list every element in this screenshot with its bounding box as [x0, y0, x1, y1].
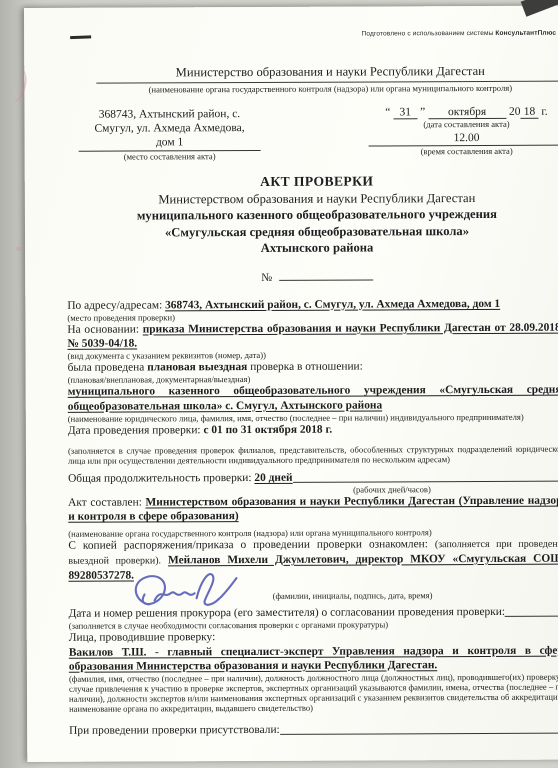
- act-place-block: 368743, Ахтынский район, с. Смугул, ул. …: [78, 107, 260, 162]
- copy-prefix: С копией распоряжения/приказа о проведен…: [68, 538, 428, 552]
- act-date-caption: (дата составления акта): [368, 119, 558, 130]
- composed-paragraph: Акт составлен: Министерством образования…: [68, 494, 558, 525]
- consultantplus-watermark: Подготовлено с использованием системы Ко…: [66, 30, 556, 39]
- prosecutor-blank: [505, 616, 558, 617]
- act-place-line1: 368743, Ахтынский район, с.: [78, 107, 260, 122]
- conducted-prefix: была проведена: [68, 362, 145, 374]
- watermark-prefix: Подготовлено с использованием системы: [362, 30, 496, 38]
- address-paragraph: По адресу/адресам: 368743, Ахтынский рай…: [67, 296, 558, 312]
- director-signature: [124, 566, 250, 611]
- duration-blank: [293, 481, 558, 483]
- inspectors-caption: (фамилия, имя, отчество (последнее – при…: [69, 672, 558, 714]
- act-place-line2: Смугул, ул. Ахмеда Ахмедова,: [78, 121, 260, 136]
- document-page: Подготовлено с использованием системы Ко…: [24, 6, 558, 762]
- check-date-value: с 01 по 31 октября 2018 г.: [203, 423, 332, 436]
- signature-caption: (фамилии, инициалы, подпись, дата, время…: [273, 590, 433, 601]
- basis-value: приказа Министерства образования и науки…: [67, 321, 558, 349]
- inspectors-label: Лица, проводившие проверку:: [69, 632, 216, 645]
- scan-artifact-dot: [16, 247, 22, 251]
- entity-caption: (наименование юридического лица, фамилия…: [68, 411, 558, 423]
- duration-label: Общая продолжительность проверки:: [68, 471, 252, 486]
- present-line: При проведении проверки присутствовали:: [69, 722, 558, 738]
- present-label: При проведении проверки присутствовали:: [69, 723, 280, 738]
- present-blank: [280, 733, 558, 735]
- act-date-line: “ 31 ” октября 2018 г.: [368, 106, 558, 120]
- date-year-suffix: г.: [541, 106, 547, 118]
- authority-caption: (наименование органа государственного ко…: [96, 83, 558, 95]
- act-time-caption: (время составления акта): [369, 146, 558, 157]
- basis-paragraph: На основании: приказа Министерства образ…: [67, 320, 558, 351]
- address-value: 368743, Ахтынский район, с. Смугул, ул. …: [165, 297, 500, 310]
- watermark-brand: КонсультантПлюс: [495, 30, 556, 37]
- branches-caption: (заполняется в случае проведения проверо…: [68, 444, 558, 466]
- title-district: Ахтынского района: [67, 239, 558, 258]
- inspectors-value: Вакилов Т.Ш. - главный специалист-экспер…: [69, 644, 558, 672]
- entity-paragraph: муниципального казенного общеобразовател…: [68, 383, 558, 414]
- title-entity-type: муниципального казенного общеобразовател…: [67, 206, 558, 225]
- composed-value: Министерством образования и науки Респуб…: [68, 495, 558, 523]
- inspectors-paragraph: Вакилов Т.Ш. - главный специалист-экспер…: [69, 643, 558, 674]
- check-date-paragraph: Дата проведения проверки: с 01 по 31 окт…: [68, 421, 558, 437]
- entity-value: муниципального казенного общеобразовател…: [68, 384, 558, 412]
- act-time: 12.00: [369, 132, 558, 147]
- address-label: По адресу/адресам:: [67, 299, 162, 311]
- check-date-label: Дата проведения проверки:: [68, 424, 201, 437]
- date-month: октября: [428, 106, 506, 119]
- date-open-quote: “: [385, 106, 390, 118]
- conducted-suffix: проверка в отношении:: [250, 361, 363, 373]
- document-body: По адресу/адресам: 368743, Ахтынский рай…: [67, 296, 558, 738]
- act-number-label: №: [261, 271, 272, 283]
- duration-value: 20 дней: [254, 471, 292, 485]
- meta-row: 368743, Ахтынский район, с. Смугул, ул. …: [66, 106, 558, 162]
- act-place-lines: 368743, Ахтынский район, с. Смугул, ул. …: [78, 107, 260, 152]
- composed-label: Акт составлен:: [68, 497, 142, 509]
- act-date-block: “ 31 ” октября 2018 г. (дата составления…: [368, 106, 558, 161]
- date-close-quote: ”: [420, 106, 425, 118]
- act-number-line: №: [67, 270, 558, 284]
- date-year: 18: [520, 106, 538, 119]
- signature-row: (фамилии, инициалы, подпись, дата, время…: [69, 583, 558, 607]
- basis-label: На основании:: [67, 323, 139, 335]
- page-content: Подготовлено с использованием системы Ко…: [24, 6, 558, 739]
- date-day: 31: [393, 106, 417, 119]
- act-number-blank: [279, 279, 373, 280]
- act-place-line3: дом 1: [79, 135, 261, 150]
- authority-name: Министерство образования и науки Республ…: [96, 64, 558, 84]
- date-century: 20: [509, 106, 521, 118]
- scanned-document: { "watermark": { "prefix": "Подготовлено…: [0, 0, 558, 768]
- conducted-type: плановая выездная: [147, 361, 247, 373]
- document-title-block: АКТ ПРОВЕРКИ Министерством образования и…: [67, 173, 558, 258]
- act-place-caption: (место составления акта): [79, 151, 261, 162]
